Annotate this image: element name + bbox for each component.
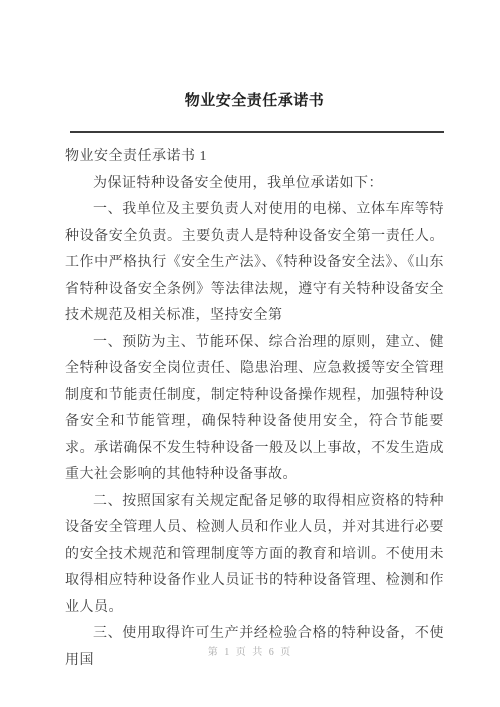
paragraph-clause-1b: 一、预防为主、节能环保、综合治理的原则，建立、健全特种设备安全岗位责任、隐患治理… (65, 330, 444, 489)
page-footer: 第 1 页 共 6 页 (0, 642, 500, 660)
document-subtitle: 物业安全责任承诺书 1 (65, 144, 444, 171)
paragraph-clause-2: 二、按照国家有关规定配备足够的取得相应资格的特种设备安全管理人员、检测人员和作业… (65, 489, 444, 622)
title-divider (70, 131, 444, 133)
paragraph-intro: 为保证特种设备安全使用，我单位承诺如下： (65, 171, 444, 198)
document-page: 物业安全责任承诺书 物业安全责任承诺书 1 为保证特种设备安全使用，我单位承诺如… (0, 0, 500, 707)
document-title: 物业安全责任承诺书 (65, 92, 444, 110)
paragraph-clause-1: 一、我单位及主要负责人对使用的电梯、立体车库等特种设备安全负责。主要负责人是特种… (65, 197, 444, 330)
page-number-label: 第 1 页 共 6 页 (208, 647, 293, 658)
document-body: 为保证特种设备安全使用，我单位承诺如下： 一、我单位及主要负责人对使用的电梯、立… (65, 171, 444, 675)
